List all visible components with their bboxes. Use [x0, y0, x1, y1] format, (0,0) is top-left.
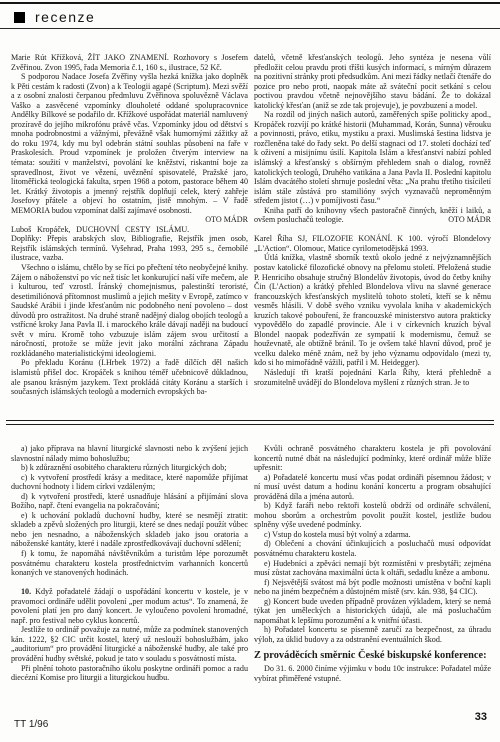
condition-item-d: d) Oblečení a chování účinkujících a pos…	[254, 539, 491, 558]
review-body-kropacek-2-right: datelů, včetně křesťanských teologů. Jeh…	[254, 53, 491, 110]
review-body-riha-1: Útlá knížka, vlastně sborník textů okolo…	[254, 253, 491, 368]
reviewer-signature: OTO MÁDR	[432, 215, 491, 225]
directive-para-komise: Při plnění tohoto pastoračního úkolu pos…	[11, 664, 248, 683]
header-rule	[0, 28, 500, 29]
review-body-kropacek-3: Na rozdíl od jiných našich autorů, zaměř…	[254, 110, 491, 205]
top-rule	[0, 2, 500, 4]
condition-item-g: g) Koncert bude uveden případně provázen…	[254, 597, 491, 626]
condition-item-b: b) Když faráři nebo rektoři kostelů obdr…	[254, 501, 491, 530]
scanned-review-page: recenze Marie Rút Křížková, ŽÍT JAKO ZNA…	[0, 0, 500, 742]
cbk-directives-text: Do 31. 6. 2000 činíme výjimku v bodu 10c…	[254, 664, 491, 683]
section-title: recenze	[35, 9, 95, 25]
directive-item-e: e) k uchování pokladů duchovní hudby, kt…	[11, 511, 248, 549]
point-number: 10.	[21, 587, 31, 596]
conditions-intro: Kvůli ochraně posvátného charakteru kost…	[254, 444, 491, 473]
condition-item-a: a) Pořadatelé koncertu musí včas podat o…	[254, 473, 491, 502]
section-marker-square-icon	[14, 12, 25, 23]
review-body-krizkova: S podporou Nadace Josefa Zvěřiny vyšla h…	[11, 72, 248, 215]
review-citation-kropacek: Luboš Kropáček, DUCHOVNÍ CESTY ISLÁMU. D…	[11, 225, 248, 263]
bottom-right-column: Kvůli ochraně posvátného charakteru kost…	[254, 444, 491, 704]
review-body-riha-2: Následují tři kratší pojednání Karla Říh…	[254, 368, 491, 387]
review-citation-riha: Karel Říha SJ, FILOZOFIE KONÁNÍ. K 100. …	[254, 234, 491, 253]
directive-item-b: b) k zdůraznění osobitého charakteru růz…	[11, 463, 248, 473]
review-body-kropacek-1: Všechno o islámu, chtělo by se říci po p…	[11, 263, 248, 358]
directive-point-10: 10. Když pořadatelé žádají o uspořádání …	[11, 587, 248, 625]
reviewer-signature: OTO MÁDR	[189, 215, 248, 225]
bottom-left-column: a) jako příprava na hlavní liturgické sl…	[11, 444, 248, 704]
section-divider-double-rule	[6, 420, 494, 425]
condition-item-h: h) Pořadatel koncertu se písemně zaručí …	[254, 625, 491, 644]
directive-para-ordinar: Jestliže to ordinář považuje za nutné, m…	[11, 625, 248, 663]
review-citation-krizkova: Marie Rút Křížková, ŽÍT JAKO ZNAMENÍ. Ro…	[11, 53, 248, 72]
condition-item-e: e) Hudebníci a zpěváci nemají být rozmís…	[254, 559, 491, 578]
directive-item-f: f) k tomu, že napomáhá návštěvníkům a tu…	[11, 549, 248, 578]
cbk-directives-heading: Z prováděcích směrnic České biskupské ko…	[254, 650, 491, 662]
reviews-section: Marie Rút Křížková, ŽÍT JAKO ZNAMENÍ. Ro…	[11, 53, 491, 415]
directives-section: a) jako příprava na hlavní liturgické sl…	[11, 444, 491, 704]
section-header: recenze	[14, 9, 95, 25]
journal-issue-label: TT 1/96	[14, 719, 48, 730]
directive-item-a: a) jako příprava na hlavní liturgické sl…	[11, 444, 248, 463]
review-body-kropacek-2-left: Po překladu Koránu (I.Hrbek 1972) a řadě…	[11, 358, 248, 396]
condition-item-f: f) Nejsvětější svátost má být podle možn…	[254, 578, 491, 597]
top-right-column: datelů, včetně křesťanských teologů. Jeh…	[254, 53, 491, 415]
page-number: 33	[475, 711, 487, 723]
directive-item-d: d) k vytvoření prostředí, které usnadňuj…	[11, 492, 248, 511]
directive-item-c: c) k vytvoření prostředí krásy a meditac…	[11, 473, 248, 492]
top-left-column: Marie Rút Křížková, ŽÍT JAKO ZNAMENÍ. Ro…	[11, 53, 248, 415]
review-body-kropacek-4: Kniha patří do knihovny všech pastoračně…	[254, 206, 491, 225]
condition-item-c: c) Vstup do kostela musí být volný a zda…	[254, 530, 491, 540]
